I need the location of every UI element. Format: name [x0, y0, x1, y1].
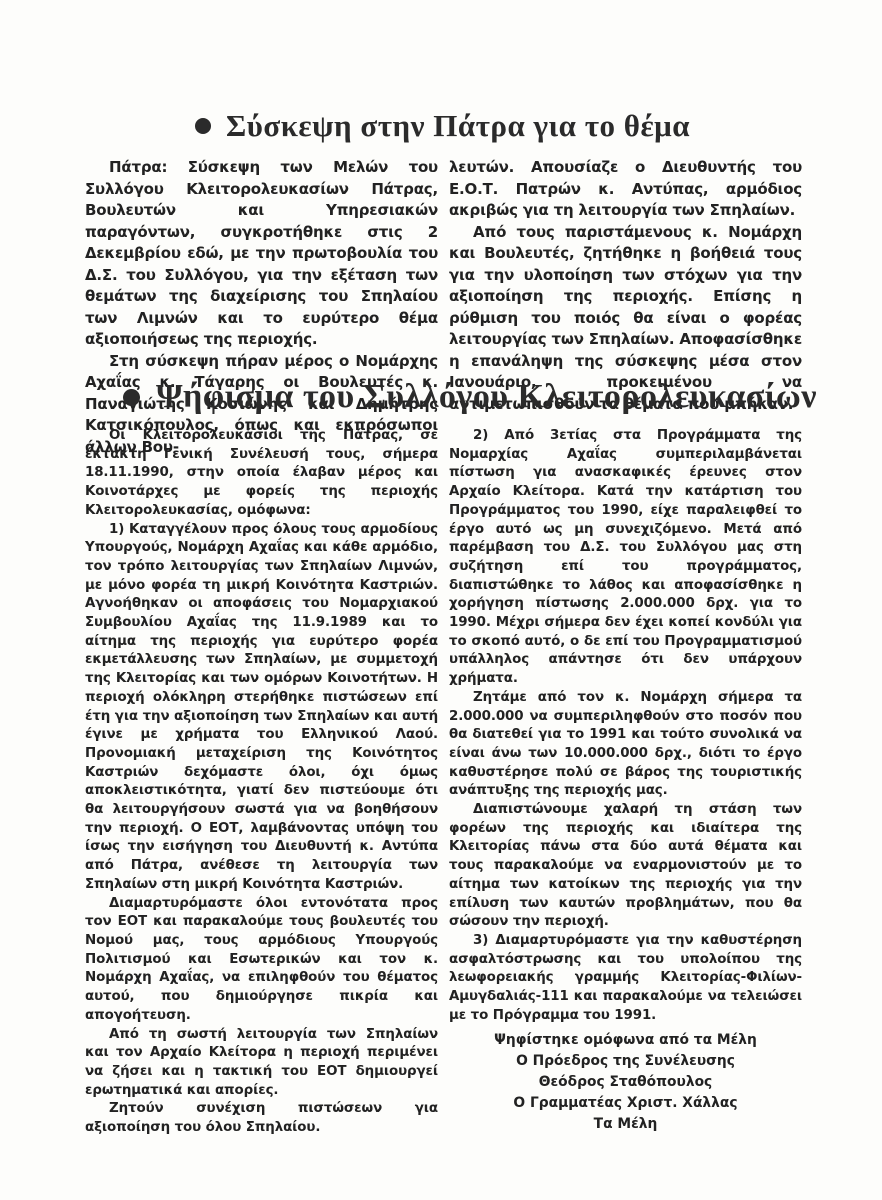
article-resolution-headline: Ψήφισμα του Συλλόγου Κλειτορολευκασίων	[123, 378, 817, 416]
signature-block: Ψηφίστηκε ομόφωνα από τα Μέλη Ο Πρόεδρος…	[449, 1030, 802, 1135]
headline-text: Ψήφισμα του Συλλόγου Κλειτορολευκασίων	[156, 378, 817, 416]
bullet-icon	[123, 389, 140, 406]
paragraph: Ζητούν συνέχιση πιστώσεων για αξιοποίηση…	[85, 1100, 438, 1137]
article-resolution-column-right: 2) Από 3ετίας στα Προγράμματα της Νομαρχ…	[449, 427, 802, 1138]
article-resolution-body: Οι Κλειτορολευκάσιοι της Πάτρας, σε έκτα…	[85, 427, 802, 1138]
signature-line: Ο Πρόεδρος της Συνέλευσης	[449, 1051, 802, 1072]
article-meeting-headline: Σύσκεψη στην Πάτρα για το θέμα	[195, 108, 690, 144]
paragraph: 3) Διαμαρτυρόμαστε για την καθυστέρηση α…	[449, 932, 802, 1026]
headline-text: Σύσκεψη στην Πάτρα για το θέμα	[226, 108, 690, 144]
paragraph: 2) Από 3ετίας στα Προγράμματα της Νομαρχ…	[449, 427, 802, 689]
article-resolution-column-left: Οι Κλειτορολευκάσιοι της Πάτρας, σε έκτα…	[85, 427, 438, 1138]
scanned-document-page: Σύσκεψη στην Πάτρα για το θέμα Πάτρα: Σύ…	[0, 0, 882, 1200]
signature-line: Θεόδρος Σταθόπουλος	[449, 1072, 802, 1093]
signature-line: Ψηφίστηκε ομόφωνα από τα Μέλη	[449, 1030, 802, 1051]
paragraph: λευτών. Απουσίαζε ο Διευθυντής του Ε.Ο.Τ…	[449, 157, 802, 222]
paragraph: Από τη σωστή λειτουργία των Σπηλαίων και…	[85, 1026, 438, 1101]
paragraph: Διαμαρτυρόμαστε όλοι εντονότατα προς τον…	[85, 895, 438, 1026]
paragraph: Διαπιστώνουμε χαλαρή τη στάση των φορέων…	[449, 801, 802, 932]
paragraph: 1) Καταγγέλουν προς όλους τους αρμοδίους…	[85, 521, 438, 895]
paragraph: Οι Κλειτορολευκάσιοι της Πάτρας, σε έκτα…	[85, 427, 438, 521]
bullet-icon	[195, 118, 211, 134]
signature-line: Ο Γραμματέας Χριστ. Χάλλας	[449, 1093, 802, 1114]
paragraph: Πάτρα: Σύσκεψη των Μελών του Συλλόγου Κλ…	[85, 157, 438, 351]
signature-line: Τα Μέλη	[449, 1114, 802, 1135]
paragraph: Ζητάμε από τον κ. Νομάρχη σήμερα τα 2.00…	[449, 689, 802, 801]
